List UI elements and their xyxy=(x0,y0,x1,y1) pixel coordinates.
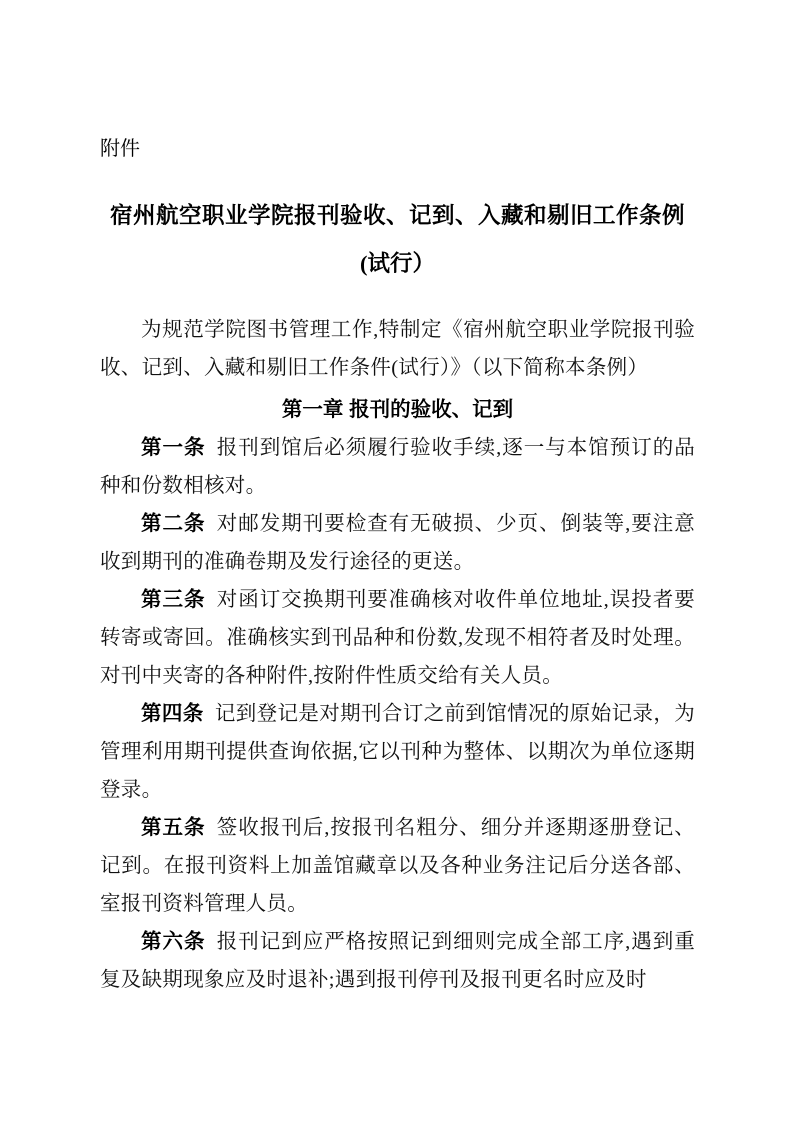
document-title-line2: (试行） xyxy=(100,247,695,281)
article-paragraph-6: 第六条报刊记到应严格按照记到细则完成全部工序,遇到重复及缺期现象应及时退补;遇到… xyxy=(100,923,695,999)
document-title-line1: 宿州航空职业学院报刊验收、记到、入藏和剔旧工作条例 xyxy=(100,199,695,233)
attachment-label: 附件 xyxy=(100,135,695,163)
article-paragraph-2: 第二条对邮发期刊要检查有无破损、少页、倒装等,要注意收到期刊的准确卷期及发行途径… xyxy=(100,505,695,581)
article-1-label: 第一条 xyxy=(141,437,205,459)
article-2-label: 第二条 xyxy=(141,513,205,535)
document-title: 宿州航空职业学院报刊验收、记到、入藏和剔旧工作条例 (试行） xyxy=(100,199,695,281)
article-paragraph-5: 第五条签收报刊后,按报刊名粗分、细分并逐期逐册登记、记到。在报刊资料上加盖馆藏章… xyxy=(100,809,695,923)
article-paragraph-4: 第四条记到登记是对期刊合订之前到馆情况的原始记录，为管理利用期刊提供查询依据,它… xyxy=(100,695,695,809)
document-page: 附件 宿州航空职业学院报刊验收、记到、入藏和剔旧工作条例 (试行） 为规范学院图… xyxy=(0,0,793,1122)
article-6-label: 第六条 xyxy=(141,931,205,953)
article-5-label: 第五条 xyxy=(141,817,205,839)
article-paragraph-3: 第三条对函订交换期刊要准确核对收件单位地址,误投者要转寄或寄回。准确核实到刊品种… xyxy=(100,581,695,695)
intro-paragraph: 为规范学院图书管理工作,特制定《宿州航空职业学院报刊验收、记到、入藏和剔旧工作条… xyxy=(100,311,695,387)
chapter-heading: 第一章 报刊的验收、记到 xyxy=(100,391,695,429)
article-paragraph-1: 第一条报刊到馆后必须履行验收手续,逐一与本馆预订的品种和份数相核对。 xyxy=(100,429,695,505)
article-3-label: 第三条 xyxy=(141,589,205,611)
article-4-label: 第四条 xyxy=(141,703,204,725)
